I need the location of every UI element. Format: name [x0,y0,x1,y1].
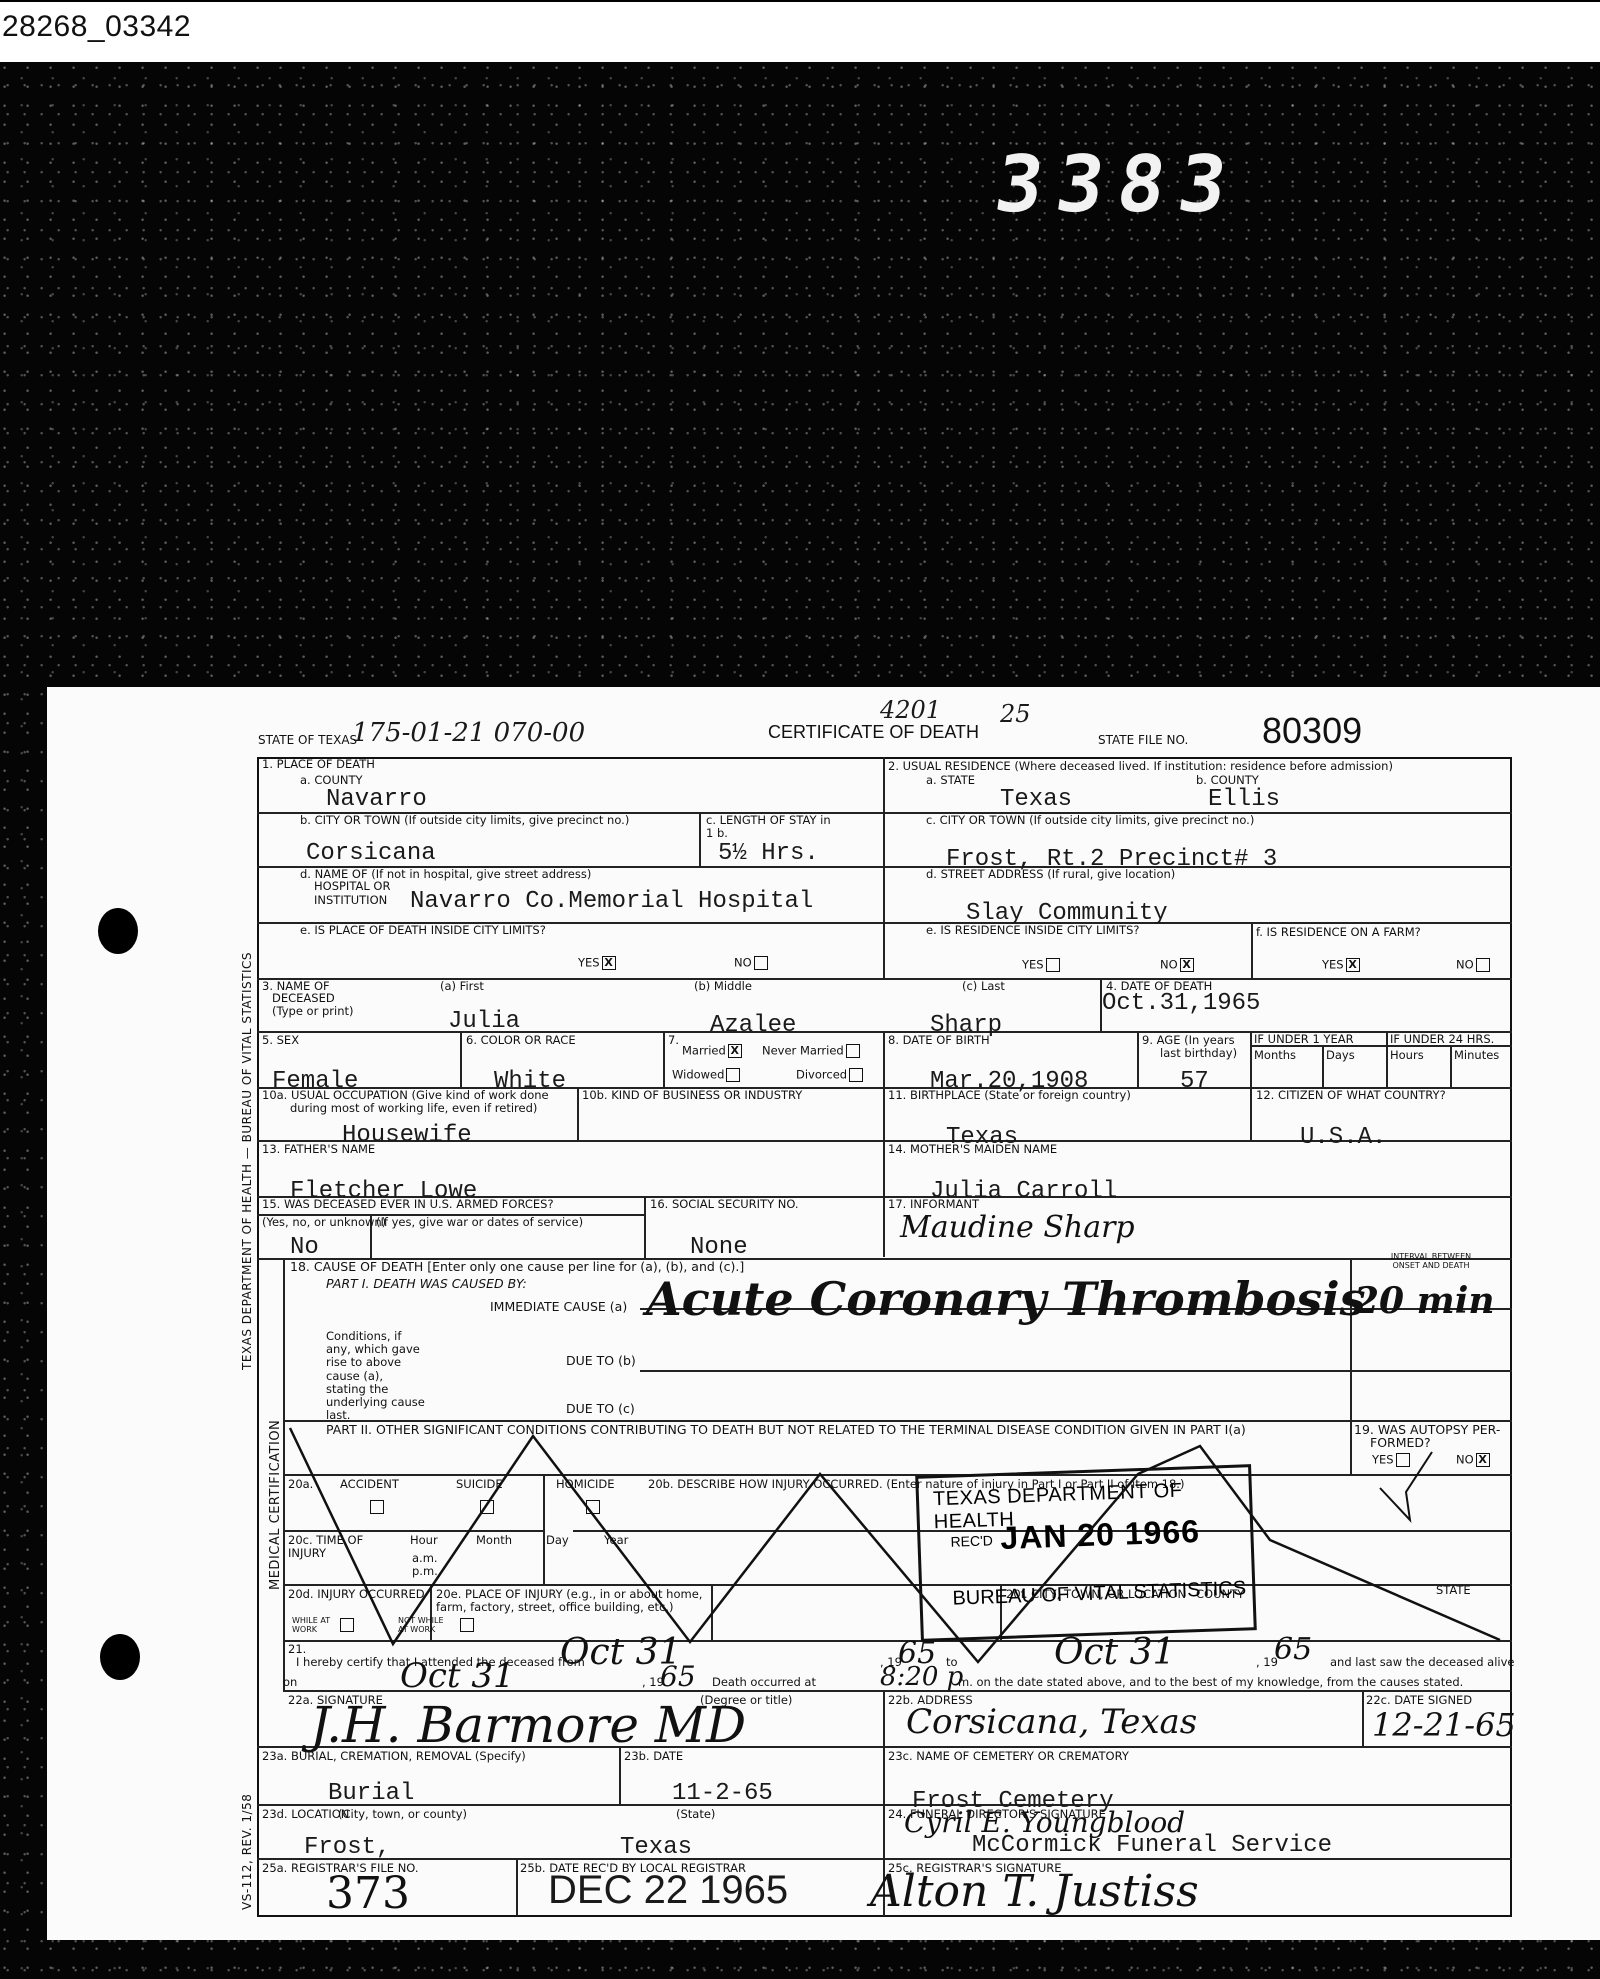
hour-label: Hour [410,1534,438,1547]
state-sub: (State) [676,1808,715,1821]
column-divider [1386,1031,1388,1087]
homicide-checkbox[interactable] [586,1500,600,1514]
immediate-cause-label: IMMEDIATE CAUSE (a) [490,1300,627,1314]
row-line [640,1370,1512,1372]
first-name-label: (a) First [440,980,484,993]
state-label: STATE OF TEXAS [258,733,357,747]
armed-forces: No [290,1234,319,1261]
checkbox-icon[interactable]: X [1180,958,1194,972]
day-label: Day [546,1534,569,1547]
checkbox-icon[interactable]: X [728,1044,742,1058]
state-code: 175-01-21 070-00 [352,718,585,748]
married-label: Married [682,1044,726,1058]
column-divider [460,1031,462,1087]
stamp-bureau: BUREAU OF VITAL STATISTICS [952,1577,1246,1610]
first-name: Julia [448,1008,520,1035]
widowed-option[interactable]: Widowed [672,1068,740,1082]
death-on-date: Oct 31 [400,1656,515,1696]
age: 57 [1180,1068,1209,1095]
certificate-title: CERTIFICATE OF DEATH [768,722,979,743]
punch-hole-icon [98,908,138,954]
part2-label: PART II. OTHER SIGNIFICANT CONDITIONS CO… [326,1423,1246,1437]
column-divider [699,812,701,866]
funeral-home: McCormick Funeral Service [972,1832,1332,1859]
column-divider [1251,922,1253,978]
inside-limits-label: e. IS PLACE OF DEATH INSIDE CITY LIMITS? [300,924,546,937]
column-divider [543,1474,545,1584]
injury-a-label: 20a. [288,1478,313,1491]
image-id: 28268_03342 [2,10,191,44]
not-while-work-label: NOT WHILE AT WORK [398,1616,448,1634]
immediate-cause: Acute Coronary Thrombosis [646,1272,1366,1326]
dob-label: 8. DATE OF BIRTH [888,1034,990,1047]
state-file-label: STATE FILE NO. [1098,733,1188,747]
checkbox-icon[interactable]: X [1476,1453,1490,1467]
accident-label: ACCIDENT [340,1478,399,1491]
res-city-label: c. CITY OR TOWN (If outside city limits,… [926,814,1254,827]
no-label: NO [1456,958,1474,972]
middle-name: Azalee [710,1012,796,1039]
father-label: 13. FATHER'S NAME [262,1143,375,1156]
hospital-label-2: HOSPITAL OR [314,880,390,893]
stamp-recd: REC'D [950,1532,993,1549]
state-file-number: 80309 [1262,710,1362,752]
interval-label: INTERVAL BETWEEN ONSET AND DEATH [1376,1252,1486,1270]
column-divider [883,757,885,979]
burial-type: Burial [328,1780,414,1807]
physician-address: Corsicana, Texas [906,1702,1197,1742]
informant-signature: Maudine Sharp [900,1210,1135,1245]
name-label-3: (Type or print) [272,1005,353,1018]
row-line [283,1530,543,1532]
stamp-date: JAN 20 1966 [1000,1513,1201,1557]
row-line [283,1474,1512,1476]
registrar-signature: Alton T. Justiss [870,1866,1199,1917]
occupation-label-2: during most of working life, even if ret… [290,1102,537,1115]
checkbox-icon[interactable]: X [1346,958,1360,972]
armed-forces-label: 15. WAS DECEASED EVER IN U.S. ARMED FORC… [262,1198,554,1211]
column-divider [1322,1045,1324,1087]
month-label: Month [476,1534,512,1547]
not-while-work-checkbox[interactable] [460,1618,474,1632]
due-to-c-label: DUE TO (c) [566,1402,635,1416]
injury-state-label: STATE [1436,1584,1471,1597]
autopsy-no[interactable]: NOX [1456,1453,1490,1467]
registrar-file-number: 373 [326,1868,410,1919]
location-label: 23d. LOCATION [262,1808,349,1821]
conditions-label: Conditions, if any, which gave rise to a… [326,1330,426,1423]
column-divider [663,1031,665,1087]
res-inside-yes[interactable]: YES [1022,958,1060,972]
registrar-date: DEC 22 1965 [548,1868,788,1913]
punch-hole-icon [100,1634,140,1680]
never-married-label: Never Married [762,1044,844,1058]
injury-e-label: 20e. PLACE OF INJURY (e.g., in or about … [436,1588,706,1614]
farm-label: f. IS RESIDENCE ON A FARM? [1256,926,1421,939]
city-label: b. CITY OR TOWN (If outside city limits,… [300,814,629,827]
last-name-label: (c) Last [962,980,1005,993]
ssn-label: 16. SOCIAL SECURITY NO. [650,1198,799,1211]
handwritten-note-1: 4201 [880,696,941,724]
due-to-b-label: DUE TO (b) [566,1354,636,1368]
attended-to-date: Oct 31 [1054,1632,1175,1673]
sex-label: 5. SEX [262,1034,299,1047]
checkbox-icon[interactable] [1046,958,1060,972]
farm-no[interactable]: NO [1456,958,1490,972]
armed-sub2: (If yes, give war or dates of service) [376,1216,583,1229]
under-day-label: IF UNDER 24 HRS. [1390,1033,1494,1046]
inside-limits-no[interactable]: NO [734,956,768,970]
part1-label: PART I. DEATH WAS CAUSED BY: [326,1277,527,1291]
minutes-label: Minutes [1454,1049,1499,1062]
physician-signature: J.H. Barmore MD [310,1696,746,1754]
months-label: Months [1254,1049,1296,1062]
middle-name-label: (b) Middle [694,980,752,993]
checkbox-icon[interactable] [846,1044,860,1058]
top-rule [0,0,1600,2]
death-on-year: 65 [660,1660,696,1693]
frame-number: 3383 [990,140,1246,230]
farm-yes[interactable]: YESX [1322,958,1360,972]
death-city: Corsicana [306,840,436,867]
residence-label: 2. USUAL RESIDENCE (Where deceased lived… [888,760,1393,773]
location-sub: (City, town, or county) [338,1808,467,1821]
medical-certification-label: MEDICAL CERTIFICATION [268,1420,283,1590]
business-label: 10b. KIND OF BUSINESS OR INDUSTRY [582,1089,802,1102]
yes-label: YES [1372,1453,1394,1467]
res-inside-no[interactable]: NOX [1160,958,1194,972]
column-divider [619,1746,621,1804]
no-label: NO [1456,1453,1474,1467]
res-state-label: a. STATE [926,774,975,787]
death-county: Navarro [326,786,427,813]
accident-checkbox[interactable] [370,1500,384,1514]
year-label: Year [604,1534,628,1547]
married-option[interactable]: MarriedX [682,1044,742,1058]
burial-date-label: 23b. DATE [624,1750,683,1763]
res-street-label: d. STREET ADDRESS (If rural, give locati… [926,868,1175,881]
column-divider [1250,1031,1252,1141]
column-divider [711,1584,713,1640]
burial-location-state: Texas [620,1834,692,1861]
marital-label: 7. [668,1034,679,1047]
citizen-label: 12. CITIZEN OF WHAT COUNTRY? [1256,1089,1446,1102]
ampm-label: a.m. p.m. [412,1552,442,1578]
column-divider [1137,1031,1139,1087]
armed-sub1: (Yes, no, or unknown) [262,1216,386,1229]
cert-text3: m. on the date stated above, and to the … [958,1676,1463,1689]
suicide-label: SUICIDE [456,1478,503,1491]
divorced-label: Divorced [796,1068,847,1082]
checkbox-icon[interactable] [1476,958,1490,972]
stay-label: c. LENGTH OF STAY in 1 b. [706,814,836,840]
death-time: 8:20 p [880,1662,963,1692]
column-divider [644,1196,646,1258]
homicide-label: HOMICIDE [556,1478,615,1491]
while-work-label: WHILE AT WORK [292,1616,332,1634]
under-year-label: IF UNDER 1 YEAR [1254,1033,1354,1046]
attended-to-year: 65 [1274,1632,1312,1667]
divorced-option[interactable]: Divorced [796,1068,863,1082]
no-label: NO [1160,958,1178,972]
mother-label: 14. MOTHER'S MAIDEN NAME [888,1143,1057,1156]
department-margin-label: TEXAS DEPARTMENT OF HEALTH — BUREAU OF V… [240,952,254,1370]
checkbox-icon[interactable]: X [602,956,616,970]
checkbox-icon[interactable] [754,956,768,970]
checkbox-icon[interactable] [849,1068,863,1082]
checkbox-icon[interactable] [726,1068,740,1082]
row-line [283,1584,1512,1586]
cert-text2: and last saw the deceased alive [1330,1656,1514,1669]
age-label-2: last birthday) [1160,1047,1237,1060]
place-of-death-label: 1. PLACE OF DEATH [262,758,375,771]
cemetery-label: 23c. NAME OF CEMETERY OR CREMATORY [888,1750,1129,1763]
citizenship: U.S.A. [1300,1124,1386,1151]
days-label: Days [1326,1049,1355,1062]
res-inside-label: e. IS RESIDENCE INSIDE CITY LIMITS? [926,924,1140,937]
on-label: on [283,1676,297,1689]
race-label: 6. COLOR OR RACE [466,1034,576,1047]
column-divider [1450,1045,1452,1087]
suicide-checkbox[interactable] [480,1500,494,1514]
date-signed: 12-21-65 [1372,1706,1516,1744]
received-stamp: TEXAS DEPARTMENT OF HEALTH REC'D JAN 20 … [915,1464,1257,1642]
hospital-label-3: INSTITUTION [314,894,387,907]
column-divider [1350,1420,1352,1474]
res-state: Texas [1000,786,1072,813]
yes-label: YES [1022,958,1044,972]
autopsy-label-2: FORMED? [1370,1436,1431,1450]
injury-c-label: 20c. TIME OF INJURY [288,1534,368,1560]
degree-label: (Degree or title) [700,1694,792,1707]
widowed-label: Widowed [672,1068,724,1082]
hospital-name: Navarro Co.Memorial Hospital [410,888,813,915]
death-at-label: Death occurred at [712,1676,816,1689]
column-divider [577,1087,579,1140]
date-of-death: Oct.31,1965 [1102,990,1260,1017]
column-divider [883,1690,885,1746]
ssn: None [690,1234,748,1261]
yes-label: YES [578,956,600,970]
column-divider [1362,1690,1364,1746]
burial-type-label: 23a. BURIAL, CREMATION, REMOVAL (Specify… [262,1750,526,1763]
column-divider [883,1087,885,1257]
while-work-checkbox[interactable] [340,1618,354,1632]
birthplace-label: 11. BIRTHPLACE (State or foreign country… [888,1089,1131,1102]
injury-d-label: 20d. INJURY OCCURRED [288,1588,425,1601]
handwritten-note-2: 25 [1000,700,1031,728]
interval: 20 min [1354,1280,1495,1322]
autopsy-yes[interactable]: YES [1372,1453,1410,1467]
burial-date: 11-2-65 [672,1780,773,1807]
burial-location-city: Frost, [304,1834,390,1861]
column-divider [516,1858,518,1916]
inside-limits-yes[interactable]: YESX [578,956,616,970]
form-revision: VS-112, REV. 1/58 [240,1794,254,1910]
res-county: Ellis [1208,786,1280,813]
no-label: NO [734,956,752,970]
column-divider [883,1031,885,1087]
never-married-option[interactable]: Never Married [762,1044,860,1058]
length-of-stay: 5½ Hrs. [718,840,819,867]
image-header: 28268_03342 [0,0,1600,62]
checkbox-icon[interactable] [1396,1453,1410,1467]
hours-label: Hours [1390,1049,1424,1062]
row-line [257,1804,1512,1806]
yes-label: YES [1322,958,1344,972]
